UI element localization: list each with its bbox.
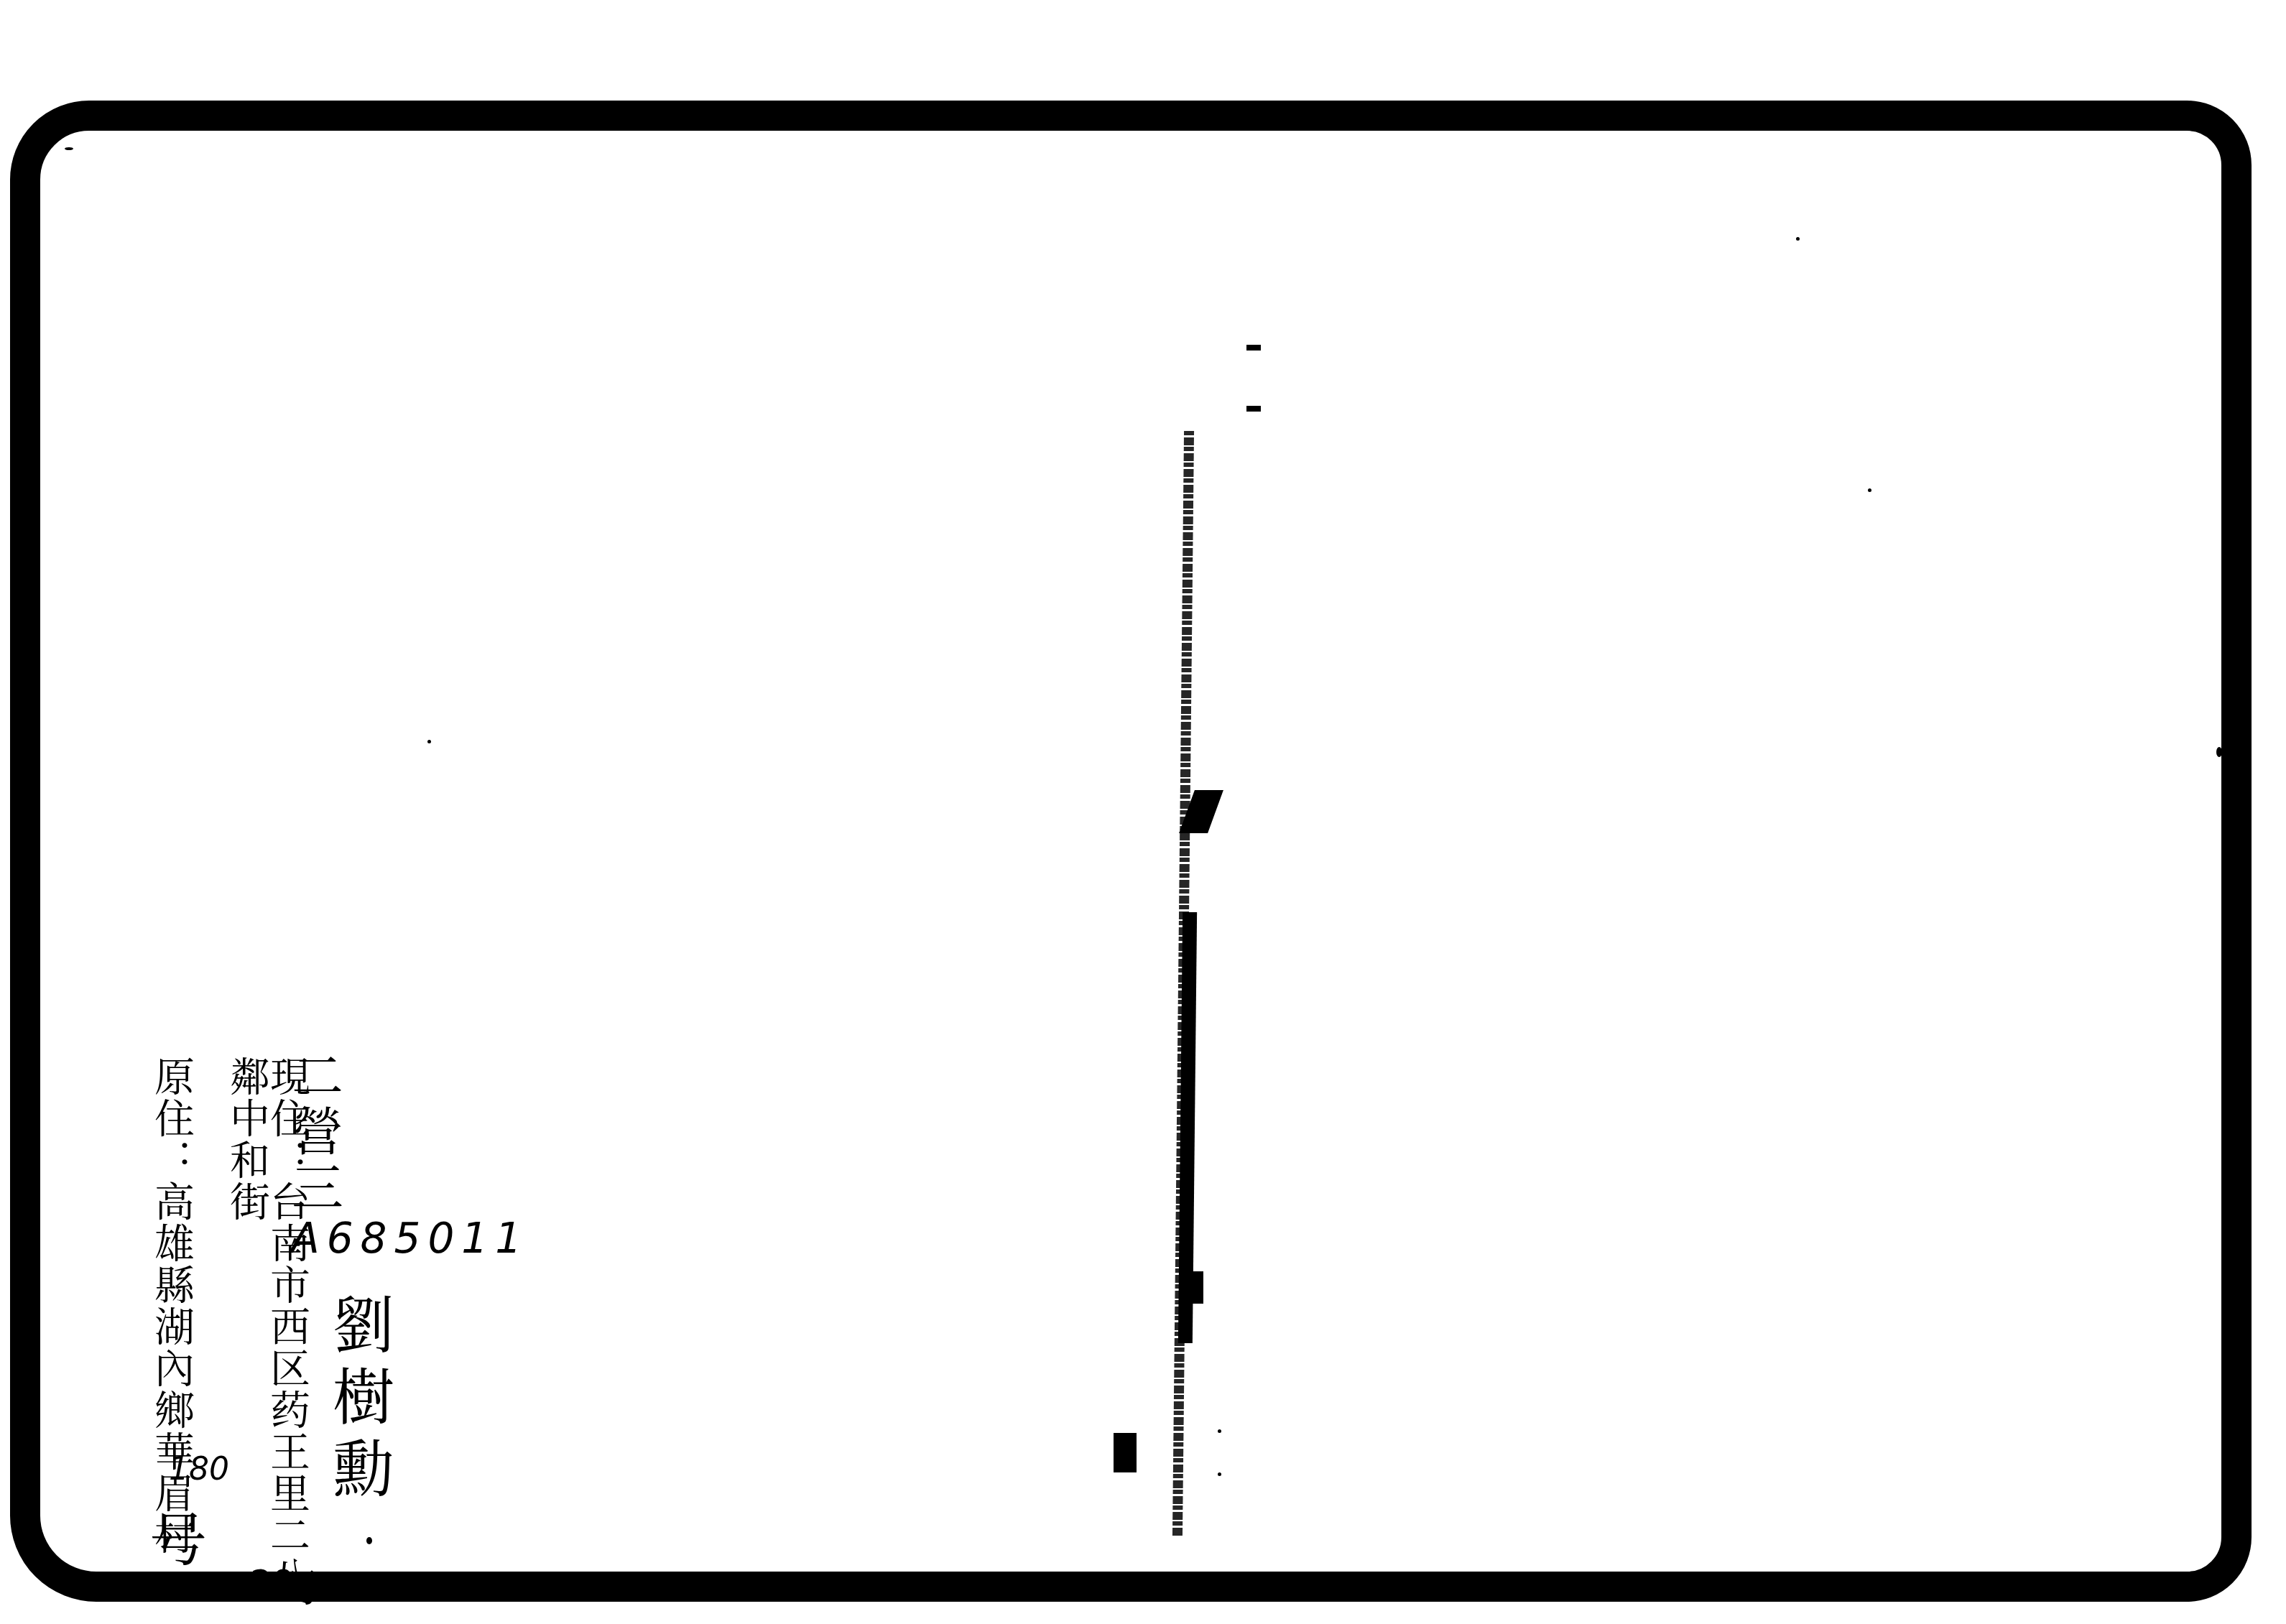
scan-speck (366, 1537, 372, 1544)
original-address-label: 原住： (148, 1056, 195, 1181)
spine-mark (1246, 345, 1261, 351)
scan-speck (2216, 747, 2222, 757)
person-name: 劉樹勳 (327, 1293, 389, 1508)
spine-mark (1246, 406, 1261, 412)
spine-mark (1114, 1433, 1137, 1472)
spine-mark (1189, 1271, 1203, 1304)
original-address-suffix: 号 (149, 1494, 207, 1577)
scan-speck (65, 147, 73, 150)
original-address-number: 180 (169, 1451, 229, 1488)
scan-speck (1218, 1472, 1221, 1476)
scan-speck (1868, 488, 1871, 492)
serial-number: A685011 (291, 1214, 529, 1263)
current-address: 現住：台南市西区药王里二八鄰中和街 (226, 1056, 307, 1624)
scan-speck (1218, 1429, 1221, 1433)
current-address-suffix: 号 (284, 1559, 321, 1613)
current-address-label: 現住： (264, 1056, 310, 1181)
scan-speck (427, 740, 431, 743)
scan-speck (1796, 237, 1800, 241)
